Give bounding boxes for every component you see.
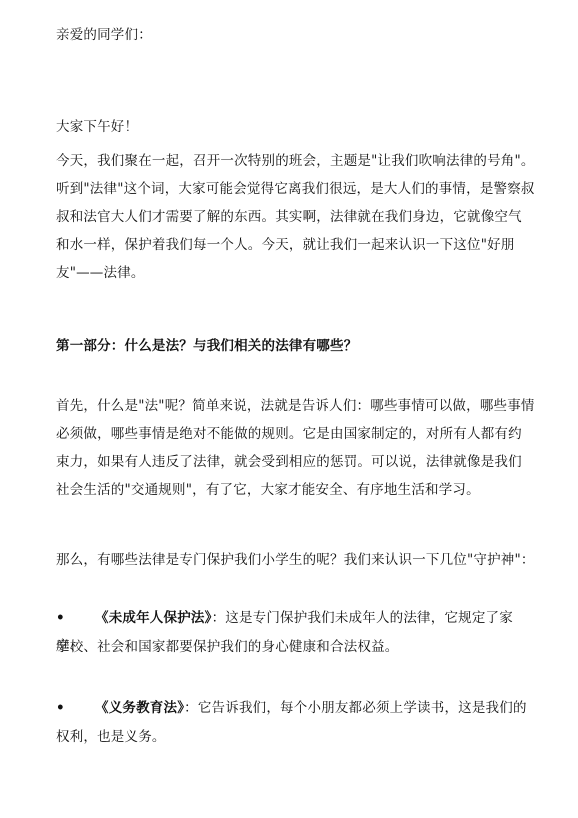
paragraph-line: 束力，如果有人违反了法律，就会受到相应的惩罚。可以说，法律就像是我们 <box>56 448 522 476</box>
intro-line: 叔和法官大人们才需要了解的东西。其实啊，法律就在我们身边，它就像空气 <box>56 203 522 231</box>
law-title: 《未成年人保护法》 <box>95 610 212 626</box>
bullet-icon: • <box>56 604 95 632</box>
law-description-continued: 学校、社会和国家都要保护我们的身心健康和合法权益。 <box>56 633 399 661</box>
bullet-icon: • <box>56 694 95 722</box>
paragraph-line: 社会生活的"交通规则"，有了它，大家才能安全、有序地生活和学习。 <box>56 476 480 504</box>
law-title: 《义务教育法》 <box>95 700 184 716</box>
law-description-continued: 权利，也是义务。 <box>56 723 166 751</box>
greeting: 大家下午好！ <box>56 113 138 141</box>
paragraph-line: 必须做，哪些事情是绝对不能做的规则。它是由国家制定的，对所有人都有约 <box>56 420 522 448</box>
laws-intro-paragraph: 那么，有哪些法律是专门保护我们小学生的呢？我们来认识一下几位"守护神"： <box>56 546 535 574</box>
paragraph-line: 首先，什么是"法"呢？简单来说，法就是告诉人们：哪些事情可以做，哪些事情 <box>56 392 535 420</box>
intro-line: 友"——法律。 <box>56 259 145 287</box>
intro-line: 和水一样，保护着我们每一个人。今天，就让我们一起来认识一下这位"好朋 <box>56 231 515 259</box>
salutation: 亲爱的同学们： <box>56 21 152 49</box>
section-heading: 第一部分：什么是法？与我们相关的法律有哪些？ <box>56 332 357 360</box>
intro-line: 听到"法律"这个词，大家可能会觉得它离我们很远，是大人们的事情，是警察叔 <box>56 175 535 203</box>
law-description: ：它告诉我们，每个小朋友都必须上学读书，这是我们的 <box>184 700 527 716</box>
intro-line: 今天，我们聚在一起，召开一次特别的班会，主题是"让我们吹响法律的号角"。 <box>56 147 535 175</box>
list-item: •《义务教育法》：它告诉我们，每个小朋友都必须上学读书，这是我们的 <box>56 694 528 722</box>
